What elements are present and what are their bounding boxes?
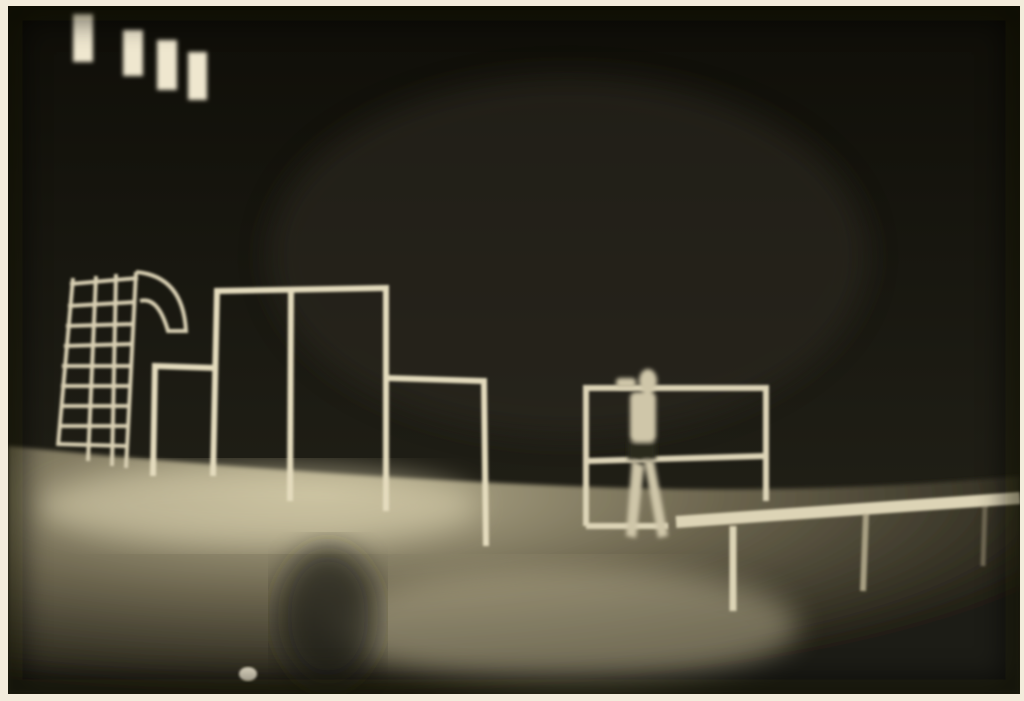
photograph (8, 6, 1020, 694)
photo-scene (8, 6, 1020, 694)
tree-haze (268, 76, 868, 436)
paper-scrap (239, 667, 257, 681)
shadow-patch (278, 546, 378, 686)
